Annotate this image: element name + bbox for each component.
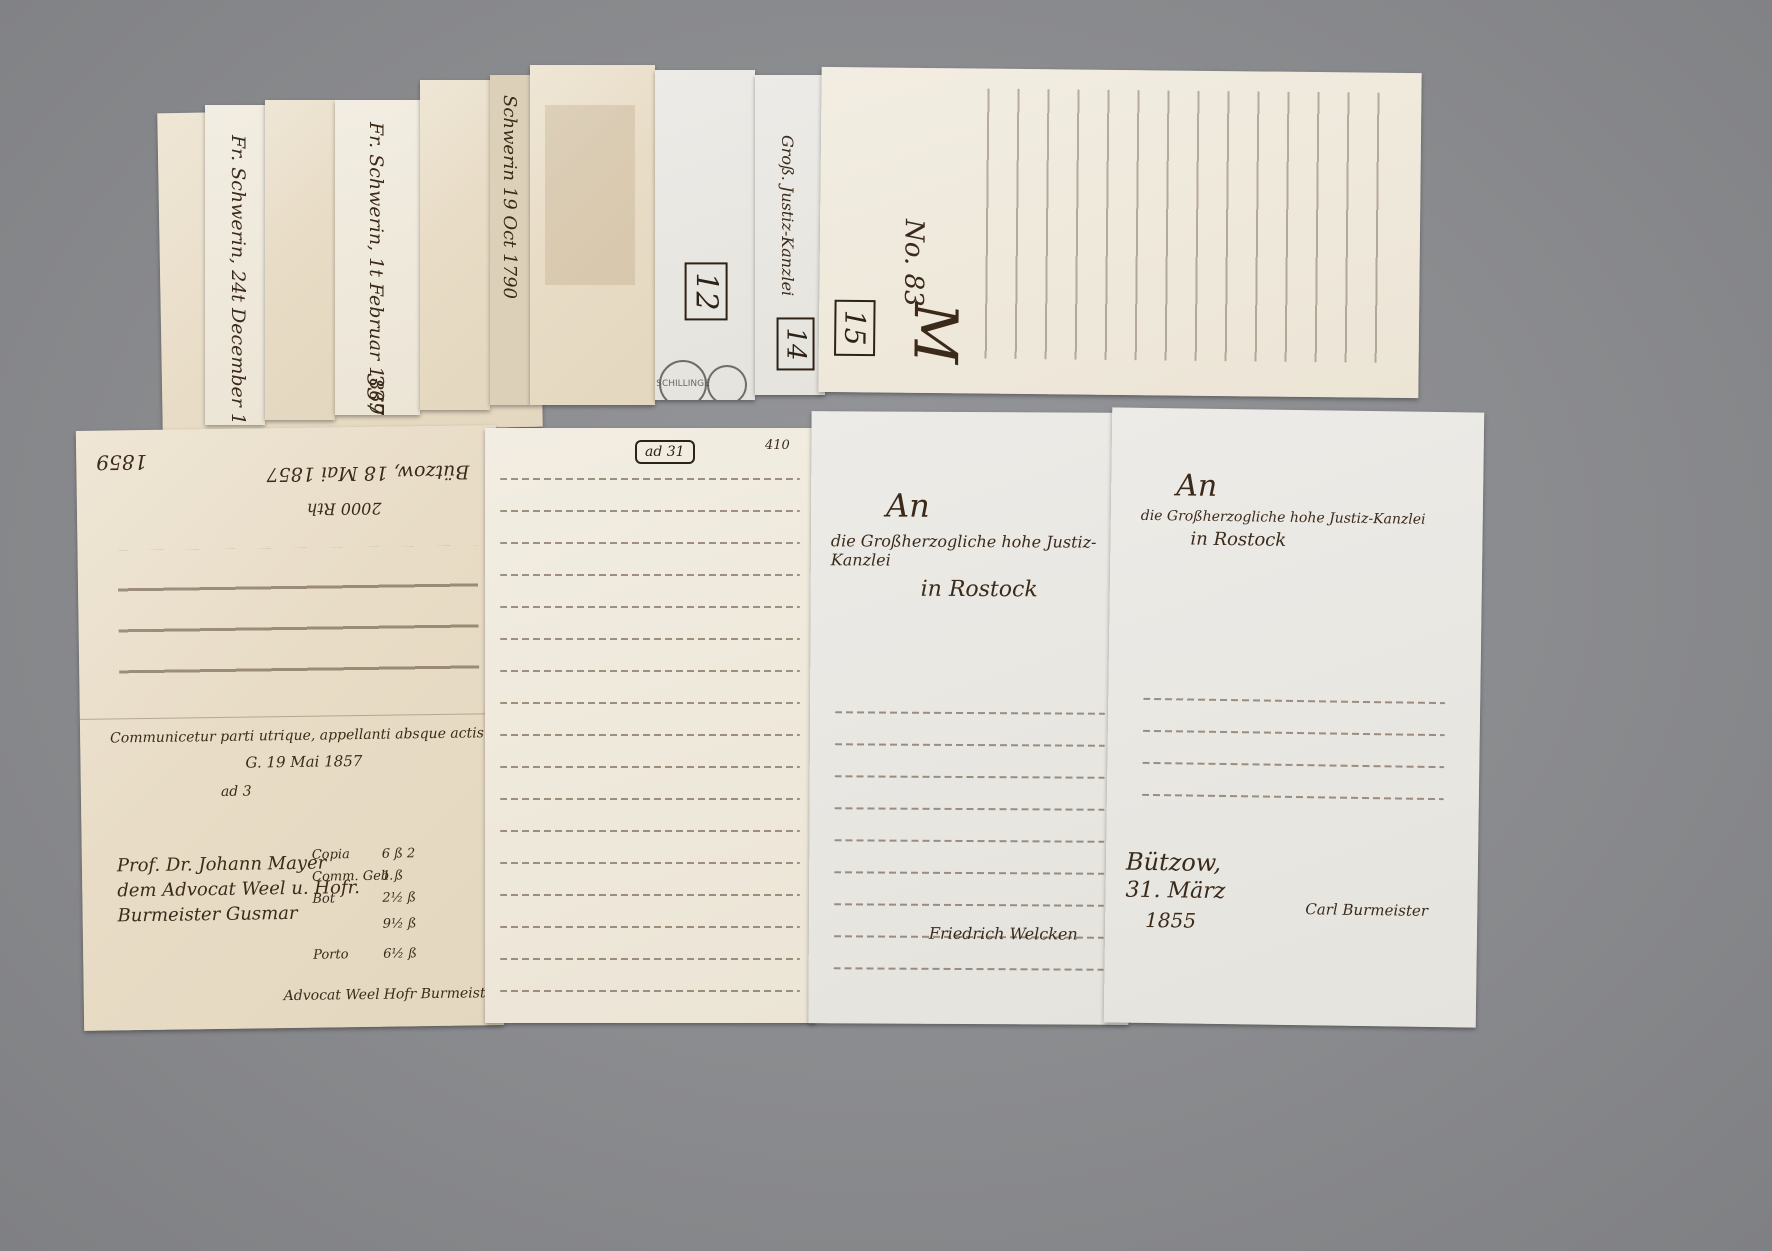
handwritten-body [1106,697,1480,830]
document-appeal-cover: 1859 Bützow, 18 Mai 1857 2000 Rth Commun… [76,425,504,1031]
date-upside-down: Bützow, 18 Mai 1857 [266,460,469,485]
signature: Hofr Burmeister [384,985,501,1003]
water-stained-sheet [530,65,655,405]
reference-box: ad 31 [635,440,695,464]
handwritten-body [485,478,815,1022]
spine-label: Groß. Justiz-Kanzlei [778,135,797,296]
spine-label: Schwerin 19 Oct 1790 [499,95,520,299]
spine-label: Fr. Schwerin, 24t December 1863 [227,135,249,425]
city: in Rostock [1190,529,1286,551]
folded-spine [420,80,490,410]
folded-spine [265,100,335,420]
sheet-number: No. 83 [898,219,929,307]
handwritten-text-block [969,88,1402,362]
folded-spine: Schwerin 19 Oct 1790 [490,75,530,405]
folded-spine: Fr. Schwerin, 24t December 1863 [205,105,265,425]
seal-stamp [707,365,747,400]
document-letter-ad-31: ad 31 410 [485,428,815,1023]
city: in Rostock [921,577,1038,603]
place: Bützow, [1126,848,1222,877]
folded-spine: Fr. Schwerin, 1t Februar 1869 337 [335,100,420,415]
place-date: G. 19 Mai 1857 [245,752,362,772]
front-sheet: 15 No. 83 M [818,67,1421,398]
reference: ad 3 [221,784,252,800]
file-number-box: 15 [834,300,876,356]
handwritten-body [809,711,1131,1001]
fold-line [80,713,500,720]
name-in-text: Friedrich Welcken [929,924,1078,944]
folded-spine: Groß. Justiz-Kanzlei 14 [755,75,825,395]
folded-spine: 12 SCHILLINGE [655,70,755,400]
date: 31. März [1125,878,1225,904]
file-number-box: 12 [685,262,728,320]
seal-stamp: SCHILLINGE [659,360,707,400]
file-number-box: 14 [777,317,815,370]
document-letter-rostock-2: An die Großherzogliche hohe Justiz-Kanzl… [1104,407,1485,1027]
year: 1855 [1145,908,1196,933]
salutation: An [886,487,930,525]
signature: Carl Burmeister [1305,900,1428,920]
recipient: die Großherzogliche hohe Justiz-Kanzlei [831,531,1111,570]
page-number: 410 [765,438,790,453]
latin-note: Communicetur parti utrique, appellanti a… [110,725,484,746]
file-number: 337 [362,374,387,416]
recipient: die Großherzogliche hohe Justiz-Kanzlei [1141,508,1426,528]
document-letter-rostock-1: An die Großherzogliche hohe Justiz-Kanzl… [808,411,1131,1025]
signature: Advocat Weel [284,987,380,1004]
salutation: An [1176,468,1217,504]
amount-upside-down: 2000 Rth [307,499,382,519]
spine-label: Fr. Schwerin, 1t Februar 1869 [365,122,387,415]
year-upside-down: 1859 [96,450,147,475]
upside-down-text [118,545,480,700]
monogram: M [899,302,970,364]
